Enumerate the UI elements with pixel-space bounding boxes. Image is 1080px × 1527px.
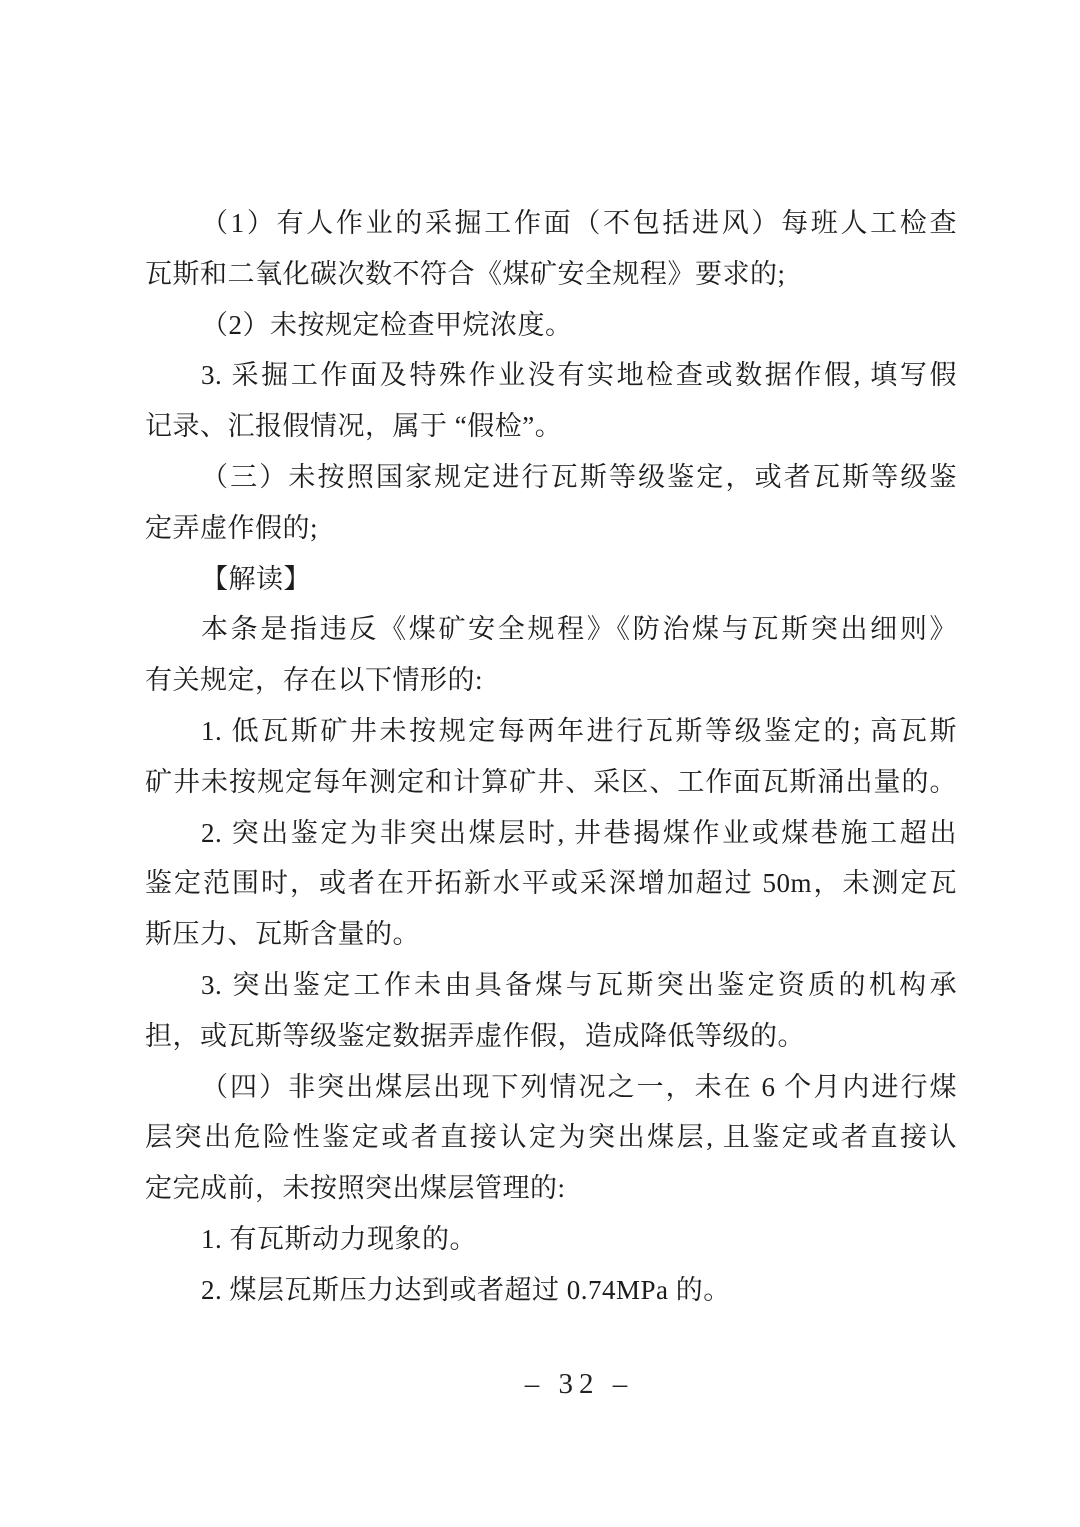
text-line: 2. 煤层瓦斯压力达到或者超过 0.74MPa 的。	[145, 1265, 957, 1316]
page-number: – 32 –	[173, 1368, 985, 1401]
text-line: （四）非突出煤层出现下列情况之一，未在 6 个月内进行煤	[145, 1062, 957, 1113]
text-line: 鉴定范围时，或者在开拓新水平或采深增加超过 50m，未测定瓦	[145, 858, 957, 909]
text-line: 定弄虚作假的;	[145, 503, 957, 554]
text-line: 3. 突出鉴定工作未由具备煤与瓦斯突出鉴定资质的机构承	[145, 960, 957, 1011]
text-line: 担，或瓦斯等级鉴定数据弄虚作假，造成降低等级的。	[145, 1011, 957, 1062]
document-page: （1）有人作业的采掘工作面（不包括进风）每班人工检查 瓦斯和二氧化碳次数不符合《…	[0, 0, 1080, 1527]
text-line: （2）未按规定检查甲烷浓度。	[145, 300, 957, 351]
text-line: 3. 采掘工作面及特殊作业没有实地检查或数据作假, 填写假	[145, 350, 957, 401]
text-line: 有关规定，存在以下情形的:	[145, 655, 957, 706]
text-line: 定完成前，未按照突出煤层管理的:	[145, 1163, 957, 1214]
text-line: 记录、汇报假情况，属于 “假检”。	[145, 401, 957, 452]
text-line: 瓦斯和二氧化碳次数不符合《煤矿安全规程》要求的;	[145, 249, 957, 300]
section-heading: 【解读】	[145, 554, 957, 605]
text-line: 2. 突出鉴定为非突出煤层时, 井巷揭煤作业或煤巷施工超出	[145, 808, 957, 859]
text-line: 矿井未按规定每年测定和计算矿井、采区、工作面瓦斯涌出量的。	[145, 757, 957, 808]
text-line: 1. 有瓦斯动力现象的。	[145, 1214, 957, 1265]
text-line: 本条是指违反《煤矿安全规程》《防治煤与瓦斯突出细则》	[145, 604, 957, 655]
text-line: （三）未按照国家规定进行瓦斯等级鉴定，或者瓦斯等级鉴	[145, 452, 957, 503]
document-body: （1）有人作业的采掘工作面（不包括进风）每班人工检查 瓦斯和二氧化碳次数不符合《…	[145, 198, 957, 1316]
text-line: 1. 低瓦斯矿井未按规定每两年进行瓦斯等级鉴定的; 高瓦斯	[145, 706, 957, 757]
text-line: 层突出危险性鉴定或者直接认定为突出煤层, 且鉴定或者直接认	[145, 1112, 957, 1163]
text-line: 斯压力、瓦斯含量的。	[145, 909, 957, 960]
text-line: （1）有人作业的采掘工作面（不包括进风）每班人工检查	[145, 198, 957, 249]
